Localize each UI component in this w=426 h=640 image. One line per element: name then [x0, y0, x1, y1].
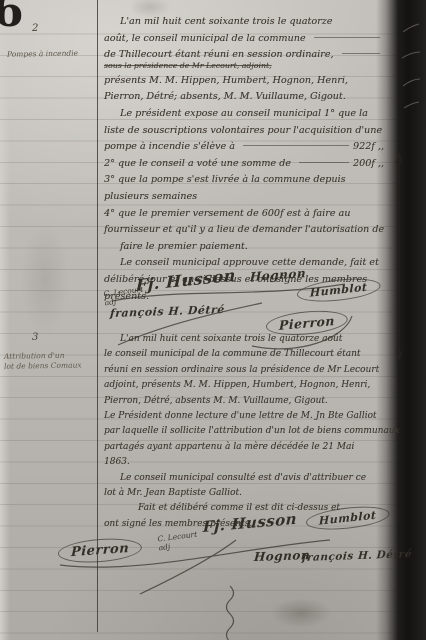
margin-rule: [97, 0, 98, 632]
entry2-body: L'an mil huit cent soixante trois le qua…: [104, 332, 396, 532]
entry-line: fournisseur et qu'il y a lieu de demande…: [104, 222, 384, 239]
entry-line: plusieurs semaines: [104, 189, 384, 206]
paper-stain: [10, 200, 80, 360]
entry-line: 3° que la pompe s'est livrée à la commun…: [104, 172, 384, 189]
entry-line: liste de souscriptions volontaires pour …: [104, 123, 384, 140]
entry-line: Le conseil municipal consulté est d'avis…: [104, 471, 396, 486]
ruled-dash: [299, 162, 349, 163]
amount-label: pompe à incendie s'élève à: [104, 139, 235, 156]
ruled-dash: [342, 53, 380, 54]
entry-line: le conseil municipal de la commune de Th…: [104, 347, 396, 362]
entry-line: réuni en session ordinaire sous la prési…: [104, 363, 396, 378]
entry-line: Pierron, Détré; absents, M. M. Vuillaume…: [104, 89, 384, 106]
entry-line: 4° que le premier versement de 600f est …: [104, 206, 384, 223]
amount-value: 922f ,,: [353, 139, 384, 156]
entry-line: août, le conseil municipal de la commune: [104, 31, 384, 48]
entry-line: lot à Mr. Jean Baptiste Galliot.: [104, 486, 396, 501]
register-page-scan: 6 2 Pompes à incendie L'an mil huit cent…: [0, 0, 426, 640]
entry1-body: L'an mil huit cent soixante trois le qua…: [104, 14, 384, 305]
amount-label: 2° que le conseil a voté une somme de: [104, 156, 291, 173]
entry-line: Pierron, Détré, absents M. M. Vuillaume,…: [104, 394, 396, 409]
amount-value: 200f ,,: [353, 156, 384, 173]
entry-line: faire le premier paiement.: [104, 239, 384, 256]
entry2-margin-note-line2: lot de biens Comaux: [4, 360, 98, 371]
entry-amount-line: 2° que le conseil a voté une somme de 20…: [104, 156, 384, 173]
entry-line: adjoint, présents M. M. Hippen, Humbert,…: [104, 378, 396, 393]
ruled-dash: [314, 37, 380, 38]
entry-line: 1863.: [104, 455, 396, 470]
entry-line: Le conseil municipal approuve cette dema…: [104, 255, 384, 272]
entry-line-text: août, le conseil municipal de la commune: [104, 31, 306, 48]
paper-stain: [258, 592, 344, 634]
entry2-margin-number: 3: [32, 332, 38, 343]
entry-amount-line: pompe à incendie s'élève à 922f ,,: [104, 139, 384, 156]
entry-line: Le président expose au conseil municipal…: [104, 106, 384, 123]
entry-line: présents M. M. Hippen, Humbert, Hognon, …: [104, 73, 384, 90]
entry1-margin-note: Pompes à incendie: [7, 48, 93, 59]
entry-line: L'an mil huit cent soixante trois le qua…: [104, 332, 396, 347]
folio-number: 6: [0, 0, 24, 37]
entry1-margin-number: 2: [32, 23, 38, 34]
entry-line: par laquelle il sollicite l'attribution …: [104, 424, 396, 439]
ruled-dash: [243, 145, 349, 146]
entry-line: L'an mil huit cent soixante trois le qua…: [104, 14, 384, 31]
entry2-margin-note: Attribution d'un lot de biens Comaux: [4, 350, 98, 371]
entry-line-struck: sous la présidence de Mr Lecourt, adjoin…: [104, 61, 384, 70]
entry-line: partagés ayant appartenu à la mère décéd…: [104, 440, 396, 455]
entry-line: Le Président donne lecture d'une lettre …: [104, 409, 396, 424]
